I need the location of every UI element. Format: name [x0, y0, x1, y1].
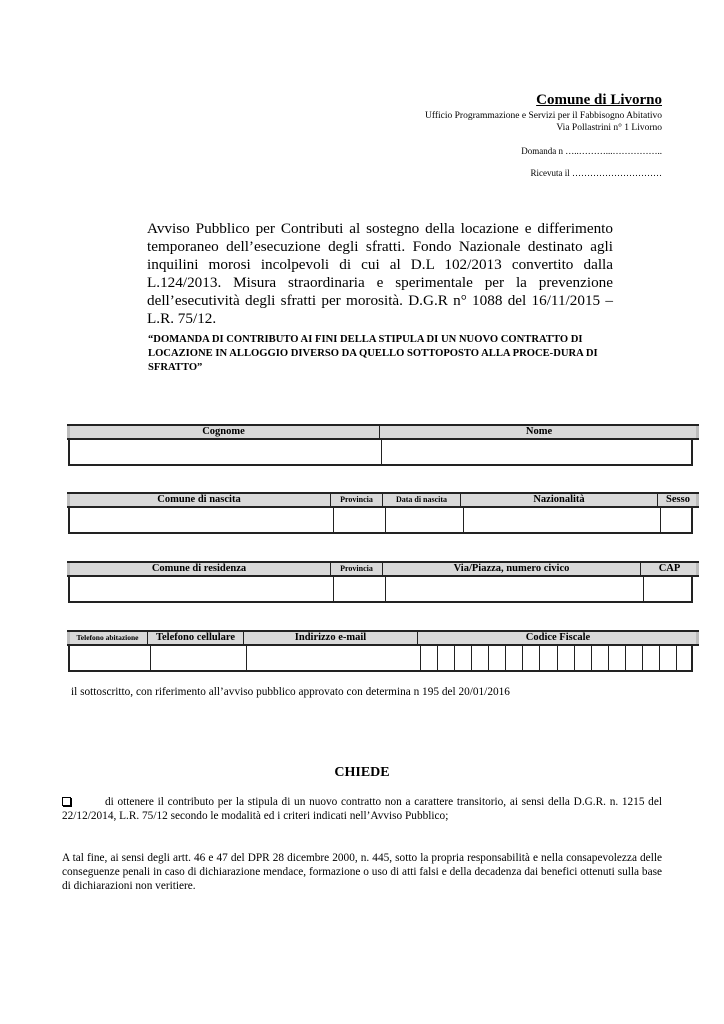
- header-sesso: Sesso: [657, 494, 698, 506]
- data-nascita-input[interactable]: [385, 508, 463, 532]
- codice-fiscale-char-box[interactable]: [505, 646, 522, 670]
- table-row: [68, 440, 693, 466]
- header-codice-fiscale: Codice Fiscale: [417, 632, 698, 644]
- table-header: Comune di residenza Provincia Via/Piazza…: [67, 561, 699, 577]
- cap-input[interactable]: [643, 577, 693, 601]
- chiede-option-text: di ottenere il contributo per la stipula…: [62, 795, 662, 823]
- table-header: Cognome Nome: [67, 424, 699, 440]
- header-nazionalita: Nazionalità: [460, 494, 657, 506]
- table-row: [68, 577, 693, 603]
- dichiarazione-text: A tal fine, ai sensi degli artt. 46 e 47…: [62, 851, 662, 893]
- header-data-nascita: Data di nascita: [382, 494, 460, 506]
- avviso-heading: Avviso Pubblico per Contributi al sosteg…: [147, 220, 613, 328]
- provincia-nascita-input[interactable]: [333, 508, 385, 532]
- telefono-abitazione-input[interactable]: [70, 646, 150, 670]
- ricevuta-date-field[interactable]: Ricevuta il …………………………: [531, 168, 663, 178]
- header-nome: Nome: [379, 426, 698, 438]
- codice-fiscale-char-box[interactable]: [539, 646, 556, 670]
- header-email: Indirizzo e-mail: [243, 632, 417, 644]
- codice-fiscale-char-box[interactable]: [454, 646, 471, 670]
- cognome-input[interactable]: [70, 440, 381, 464]
- table-header: Telefono abitazione Telefono cellulare I…: [67, 630, 699, 646]
- sesso-input[interactable]: [660, 508, 693, 532]
- chiede-heading: CHIEDE: [0, 765, 724, 781]
- table-row: [68, 508, 693, 534]
- codice-fiscale-char-box[interactable]: [642, 646, 659, 670]
- office-address: Via Pollastrini n° 1 Livorno: [556, 123, 662, 133]
- comune-residenza-input[interactable]: [70, 577, 333, 601]
- header-telefono-abitazione: Telefono abitazione: [68, 632, 147, 644]
- header-cap: CAP: [640, 563, 698, 575]
- domanda-title: “DOMANDA DI CONTRIBUTO AI FINI DELLA STI…: [148, 333, 628, 375]
- comune-nascita-input[interactable]: [70, 508, 333, 532]
- header-telefono-cellulare: Telefono cellulare: [147, 632, 243, 644]
- codice-fiscale-char-box[interactable]: [488, 646, 505, 670]
- municipality-title: Comune di Livorno: [536, 92, 662, 109]
- nome-input[interactable]: [381, 440, 693, 464]
- office-name: Ufficio Programmazione e Servizi per il …: [425, 111, 662, 121]
- email-input[interactable]: [246, 646, 420, 670]
- table-header: Comune di nascita Provincia Data di nasc…: [67, 492, 699, 508]
- codice-fiscale-char-box[interactable]: [420, 646, 437, 670]
- codice-fiscale-char-box[interactable]: [625, 646, 642, 670]
- codice-fiscale-char-box[interactable]: [676, 646, 693, 670]
- header-indirizzo: Via/Piazza, numero civico: [382, 563, 640, 575]
- header-provincia: Provincia: [330, 563, 382, 575]
- codice-fiscale-char-box[interactable]: [557, 646, 574, 670]
- header-provincia: Provincia: [330, 494, 382, 506]
- telefono-cellulare-input[interactable]: [150, 646, 246, 670]
- codice-fiscale-char-box[interactable]: [574, 646, 591, 670]
- header-cognome: Cognome: [68, 426, 379, 438]
- codice-fiscale-char-box[interactable]: [471, 646, 488, 670]
- header-comune-nascita: Comune di nascita: [68, 494, 330, 506]
- codice-fiscale-char-box[interactable]: [437, 646, 454, 670]
- table-row: [68, 646, 693, 672]
- sottoscritto-text: il sottoscritto, con riferimento all’avv…: [71, 686, 510, 698]
- domanda-number-field[interactable]: Domanda n …..………...……………..: [521, 146, 662, 156]
- indirizzo-input[interactable]: [385, 577, 643, 601]
- codice-fiscale-char-box[interactable]: [591, 646, 608, 670]
- chiede-option-checkbox[interactable]: [62, 797, 71, 806]
- codice-fiscale-char-box[interactable]: [608, 646, 625, 670]
- header-comune-residenza: Comune di residenza: [68, 563, 330, 575]
- provincia-residenza-input[interactable]: [333, 577, 385, 601]
- codice-fiscale-char-box[interactable]: [659, 646, 676, 670]
- codice-fiscale-char-box[interactable]: [522, 646, 539, 670]
- nazionalita-input[interactable]: [463, 508, 660, 532]
